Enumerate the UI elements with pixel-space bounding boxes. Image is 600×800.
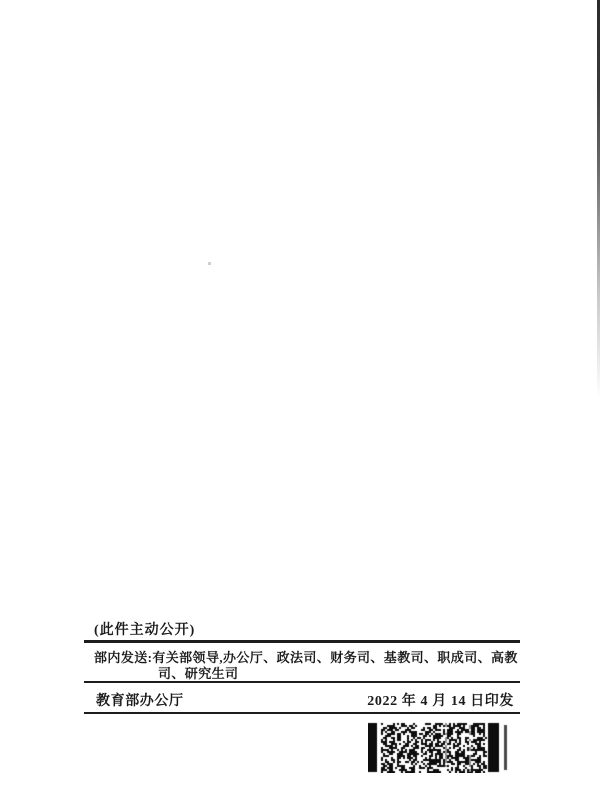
distribution-label: 部内发送: (94, 650, 152, 665)
distribution-recipients-line2: 司、研究生司 (158, 663, 238, 682)
barcode-image (368, 722, 508, 773)
print-date: 2022 年 4 月 14 日印发 (367, 690, 514, 710)
divider-line-top (84, 640, 520, 643)
divider-line-bottom (84, 712, 520, 714)
document-page: (此件主动公开) 部内发送:有关部领导,办公厅、政法司、财务司、基教司、职成司、… (0, 0, 600, 800)
imprint-row: 教育部办公厅 2022 年 4 月 14 日印发 (96, 690, 514, 710)
scan-speck-artifact (208, 262, 211, 265)
divider-line-middle (84, 681, 520, 683)
issuing-office: 教育部办公厅 (96, 690, 184, 710)
public-disclosure-note: (此件主动公开) (94, 619, 195, 639)
